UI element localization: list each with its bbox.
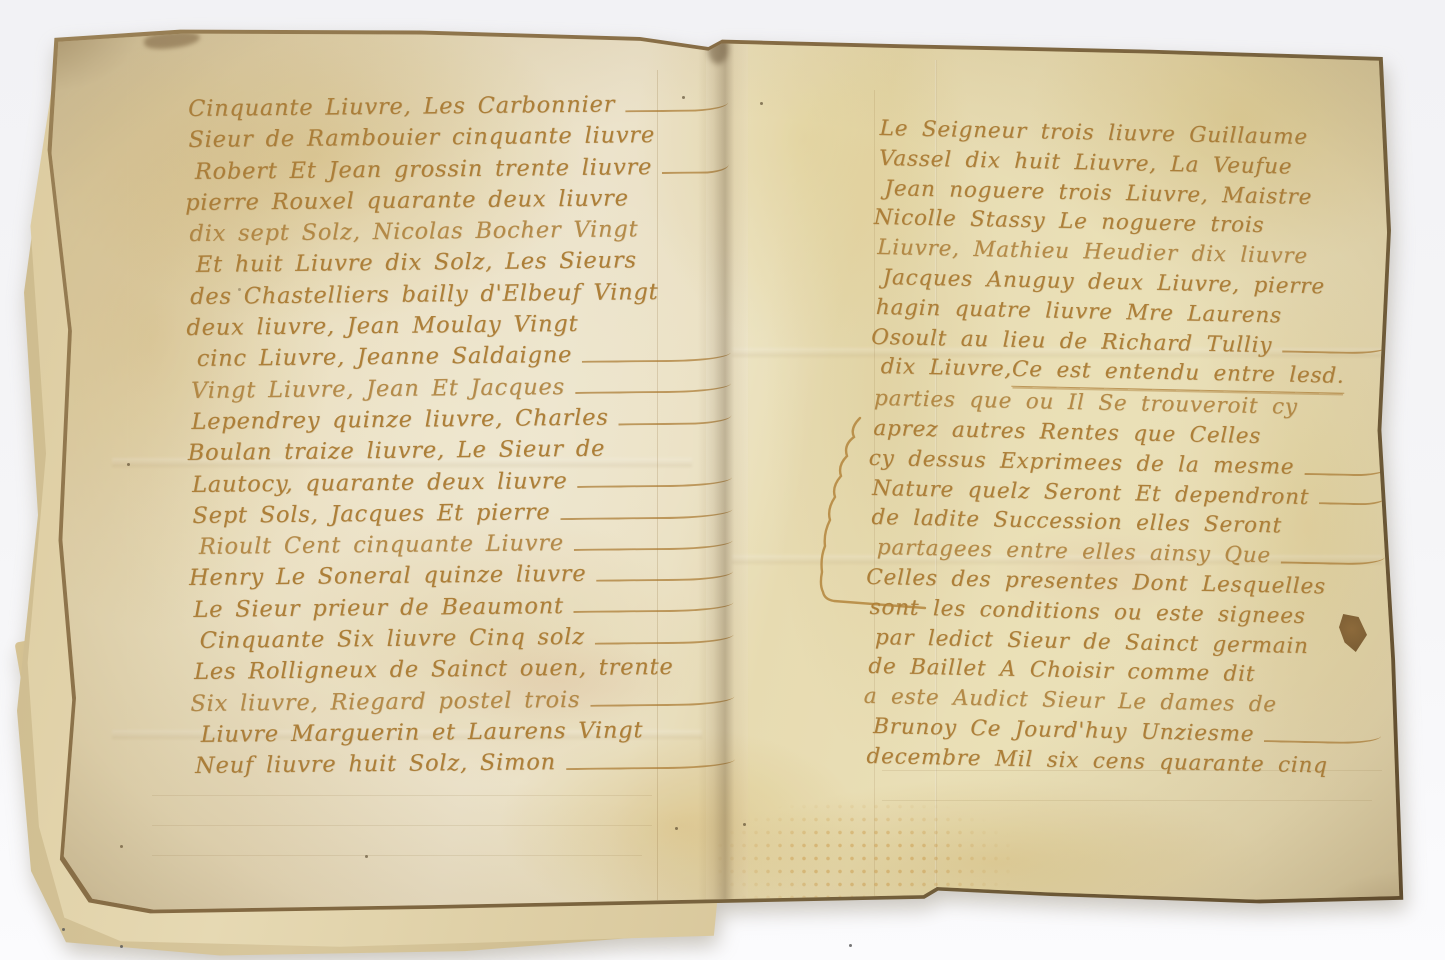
line-text: dix Liuvre,: [880, 352, 1012, 385]
line-text: cinc Liuvre, Jeanne Saldaigne: [197, 340, 573, 375]
stipple-stain: [714, 800, 1014, 910]
speck: [238, 288, 241, 291]
manuscript-line: Robert Et Jean grossin trente liuvre: [195, 151, 729, 188]
trailing-flourish-line: [575, 370, 731, 394]
ruled-line: [152, 825, 652, 826]
trailing-flourish-line: [596, 558, 733, 582]
line-text: Lependrey quinze liuvre, Charles: [191, 403, 609, 439]
speck: [743, 823, 746, 826]
line-text: Cinquante Six liuvre Cinq solz: [200, 622, 585, 657]
speck: [849, 944, 852, 947]
line-text: dix sept Solz, Nicolas Bocher Vingt: [189, 214, 638, 250]
line-text: Lautocy, quarante deux liuvre: [192, 466, 568, 501]
speck: [127, 463, 130, 466]
line-text: Henry Le Soneral quinze liuvre: [189, 559, 587, 594]
manuscript-line: Les Rolligneux de Sainct ouen, trente: [194, 652, 734, 689]
trailing-flourish-line: [618, 401, 731, 425]
line-text: des Chastelliers bailly d'Elbeuf Vingt: [190, 277, 659, 313]
speck: [675, 827, 678, 830]
trailing-flourish-line: [566, 746, 735, 770]
manuscript-photo: { "document": { "type": "antique handwri…: [0, 0, 1445, 960]
speck: [365, 855, 368, 858]
speck: [760, 102, 763, 105]
trailing-flourish-line: [1282, 331, 1389, 355]
speck: [120, 845, 123, 848]
open-spread: Cinquante Liuvre, Les CarbonnierSieur de…: [38, 26, 1406, 938]
line-text: Rioult Cent cinquante Liuvre: [199, 528, 564, 563]
ruled-line: [152, 795, 652, 796]
trailing-flourish-line: [577, 464, 732, 488]
manuscript-line: des Chastelliers bailly d'Elbeuf Vingt: [190, 276, 730, 313]
trailing-flourish-line: [1281, 542, 1385, 566]
trailing-flourish-line: [582, 339, 731, 363]
manuscript-line: Neuf liuvre huit Solz, Simon: [195, 746, 735, 783]
left-page-text: Cinquante Liuvre, Les CarbonnierSieur de…: [188, 88, 735, 782]
trailing-flourish-line: [560, 495, 732, 519]
ruled-line: [882, 800, 1372, 801]
trailing-flourish-line: [1264, 720, 1381, 744]
ruled-line: [152, 855, 642, 856]
trailing-flourish-line: [625, 88, 728, 112]
trailing-flourish-line: [662, 151, 729, 174]
trailing-flourish-line: [1319, 483, 1386, 506]
parchment-surface: Cinquante Liuvre, Les CarbonnierSieur de…: [42, 30, 1402, 934]
speck: [62, 928, 65, 931]
line-text: Vingt Liuvre, Jean Et Jacques: [191, 372, 565, 407]
trailing-flourish-line: [1304, 453, 1387, 476]
line-text: deux liuvre, Jean Moulay Vingt: [186, 309, 578, 344]
line-text: Robert Et Jean grossin trente liuvre: [195, 152, 653, 188]
line-text: Boulan traize liuvre, Le Sieur de: [188, 434, 606, 470]
trailing-flourish-line: [574, 526, 733, 550]
right-page-text: Le Seigneur trois liuvre GuillaumeVassel…: [866, 114, 1394, 782]
line-text: Liuvre Marguerin et Laurens Vingt: [201, 715, 644, 751]
line-text: Les Rolligneux de Sainct ouen, trente: [194, 652, 674, 688]
trailing-flourish-line: [595, 620, 734, 644]
line-text: Sept Sols, Jacques Et pierre: [192, 497, 550, 532]
trailing-flourish-line: [590, 683, 734, 707]
line-text: Six liuvre, Riegard postel trois: [190, 685, 580, 720]
manuscript-book: Cinquante Liuvre, Les CarbonnierSieur de…: [0, 0, 1445, 960]
line-text: Et huit Liuvre dix Solz, Les Sieurs: [196, 246, 637, 282]
line-text: Sieur de Rambouier cinquante liuvre: [188, 120, 655, 156]
speck: [120, 945, 123, 948]
line-text: pierre Rouxel quarante deux liuvre: [185, 183, 629, 219]
speck: [682, 96, 685, 99]
line-text: Cinquante Liuvre, Les Carbonnier: [188, 90, 615, 126]
line-text: Neuf liuvre huit Solz, Simon: [195, 747, 556, 782]
line-text: Le Sieur prieur de Beaumont: [193, 591, 564, 626]
trailing-flourish-line: [574, 589, 734, 613]
